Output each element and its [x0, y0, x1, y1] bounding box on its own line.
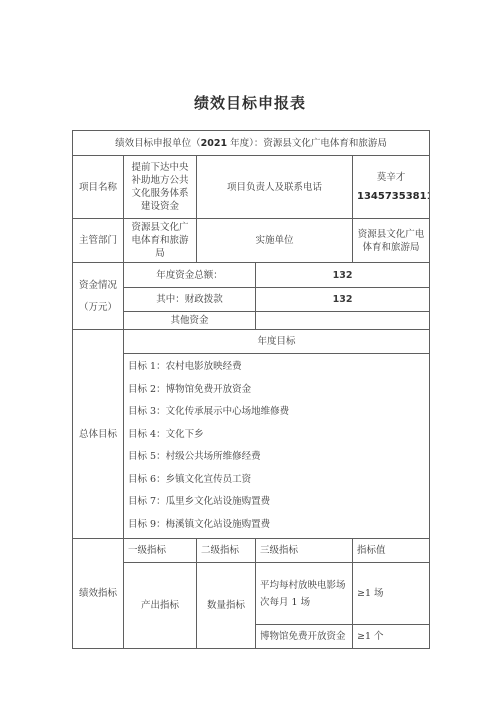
department-row: 主管部门 资源县文化广电体育和旅游局 实施单位 资源县文化广电体育和旅游局 — [73, 219, 430, 263]
indicator-col-header-1: 一级指标 — [124, 539, 197, 563]
funding-other-value — [256, 312, 430, 330]
funding-label-line1: 资金情况 — [77, 279, 119, 292]
funding-row-fiscal: 其中：财政拨款 132 — [73, 288, 430, 312]
goal-list-row: 目标 1：农村电影放映经费 目标 2：博物馆免费开放资金 目标 3：文化传承展示… — [73, 354, 430, 539]
goal-item: 目标 4：文化下乡 — [128, 424, 425, 447]
document-title: 绩效目标申报表 — [0, 92, 500, 113]
implementing-unit-value: 资源县文化广电体育和旅游局 — [353, 219, 430, 263]
annual-goal-header-row: 总体目标 年度目标 — [73, 330, 430, 354]
reporting-unit-suffix: 年度）：资源县文化广电体育和旅游局 — [227, 138, 387, 149]
form-header-row: 绩效目标申报单位（2021 年度）：资源县文化广电体育和旅游局 — [73, 131, 430, 156]
goal-item: 目标 9：梅溪镇文化站设施购置费 — [128, 514, 425, 537]
indicator-value: ≥1 个 — [353, 625, 430, 649]
funding-section-label: 资金情况 （万元） — [73, 263, 124, 330]
project-name-value: 提前下达中央补助地方公共文化服务体系建设资金 — [124, 156, 197, 219]
indicator-col-header-4: 指标值 — [353, 539, 430, 563]
funding-label-line2: （万元） — [77, 301, 119, 314]
implementing-unit-label: 实施单位 — [197, 219, 353, 263]
goal-item: 目标 6：乡镇文化宣传员工资 — [128, 469, 425, 492]
department-label: 主管部门 — [73, 219, 124, 263]
contact-phone: 13457353811 — [357, 190, 425, 203]
goal-item: 目标 5：村级公共场所维修经费 — [128, 446, 425, 469]
reporting-unit-prefix: 绩效目标申报单位（ — [115, 138, 201, 149]
funding-total-label: 年度资金总额： — [124, 263, 256, 288]
department-value: 资源县文化广电体育和旅游局 — [124, 219, 197, 263]
indicator-value: ≥1 场 — [353, 563, 430, 625]
indicator-section-label: 绩效指标 — [73, 539, 124, 649]
funding-row-total: 资金情况 （万元） 年度资金总额： 132 — [73, 263, 430, 288]
project-contact-label: 项目负责人及联系电话 — [197, 156, 353, 219]
project-row: 项目名称 提前下达中央补助地方公共文化服务体系建设资金 项目负责人及联系电话 莫… — [73, 156, 430, 219]
indicator-level2: 数量指标 — [197, 563, 256, 649]
contact-name: 莫辛才 — [357, 171, 425, 184]
indicator-level1: 产出指标 — [124, 563, 197, 649]
indicator-header-row: 绩效指标 一级指标 二级指标 三级指标 指标值 — [73, 539, 430, 563]
indicator-col-header-2: 二级指标 — [197, 539, 256, 563]
goal-item: 目标 7：瓜里乡文化站设施购置费 — [128, 491, 425, 514]
goal-item: 目标 2：博物馆免费开放资金 — [128, 379, 425, 402]
project-contact-cell: 莫辛才 13457353811 — [353, 156, 430, 219]
funding-row-other: 其他资金 — [73, 312, 430, 330]
goal-item: 目标 1：农村电影放映经费 — [128, 356, 425, 379]
overall-goal-label: 总体目标 — [73, 330, 124, 539]
goal-item: 目标 3：文化传承展示中心场地维修费 — [128, 401, 425, 424]
indicator-col-header-3: 三级指标 — [256, 539, 353, 563]
indicator-level3: 平均每村放映电影场次每月 1 场 — [256, 563, 353, 625]
reporting-year: 2021 — [201, 138, 227, 149]
funding-total-value: 132 — [256, 263, 430, 288]
project-name-label: 项目名称 — [73, 156, 124, 219]
annual-goal-header: 年度目标 — [124, 330, 430, 354]
funding-fiscal-value: 132 — [256, 288, 430, 312]
indicator-level3: 博物馆免费开放资金 — [256, 625, 353, 649]
goal-list: 目标 1：农村电影放映经费 目标 2：博物馆免费开放资金 目标 3：文化传承展示… — [124, 354, 430, 539]
reporting-unit-header: 绩效目标申报单位（2021 年度）：资源县文化广电体育和旅游局 — [73, 131, 430, 156]
application-form-table: 绩效目标申报单位（2021 年度）：资源县文化广电体育和旅游局 项目名称 提前下… — [72, 130, 430, 649]
funding-fiscal-label: 其中：财政拨款 — [124, 288, 256, 312]
indicator-row-1: 产出指标 数量指标 平均每村放映电影场次每月 1 场 ≥1 场 — [73, 563, 430, 625]
funding-other-label: 其他资金 — [124, 312, 256, 330]
document-page: 绩效目标申报表 绩效目标申报单位（2021 年度）：资源县文化广电体育和旅游局 … — [0, 0, 500, 707]
